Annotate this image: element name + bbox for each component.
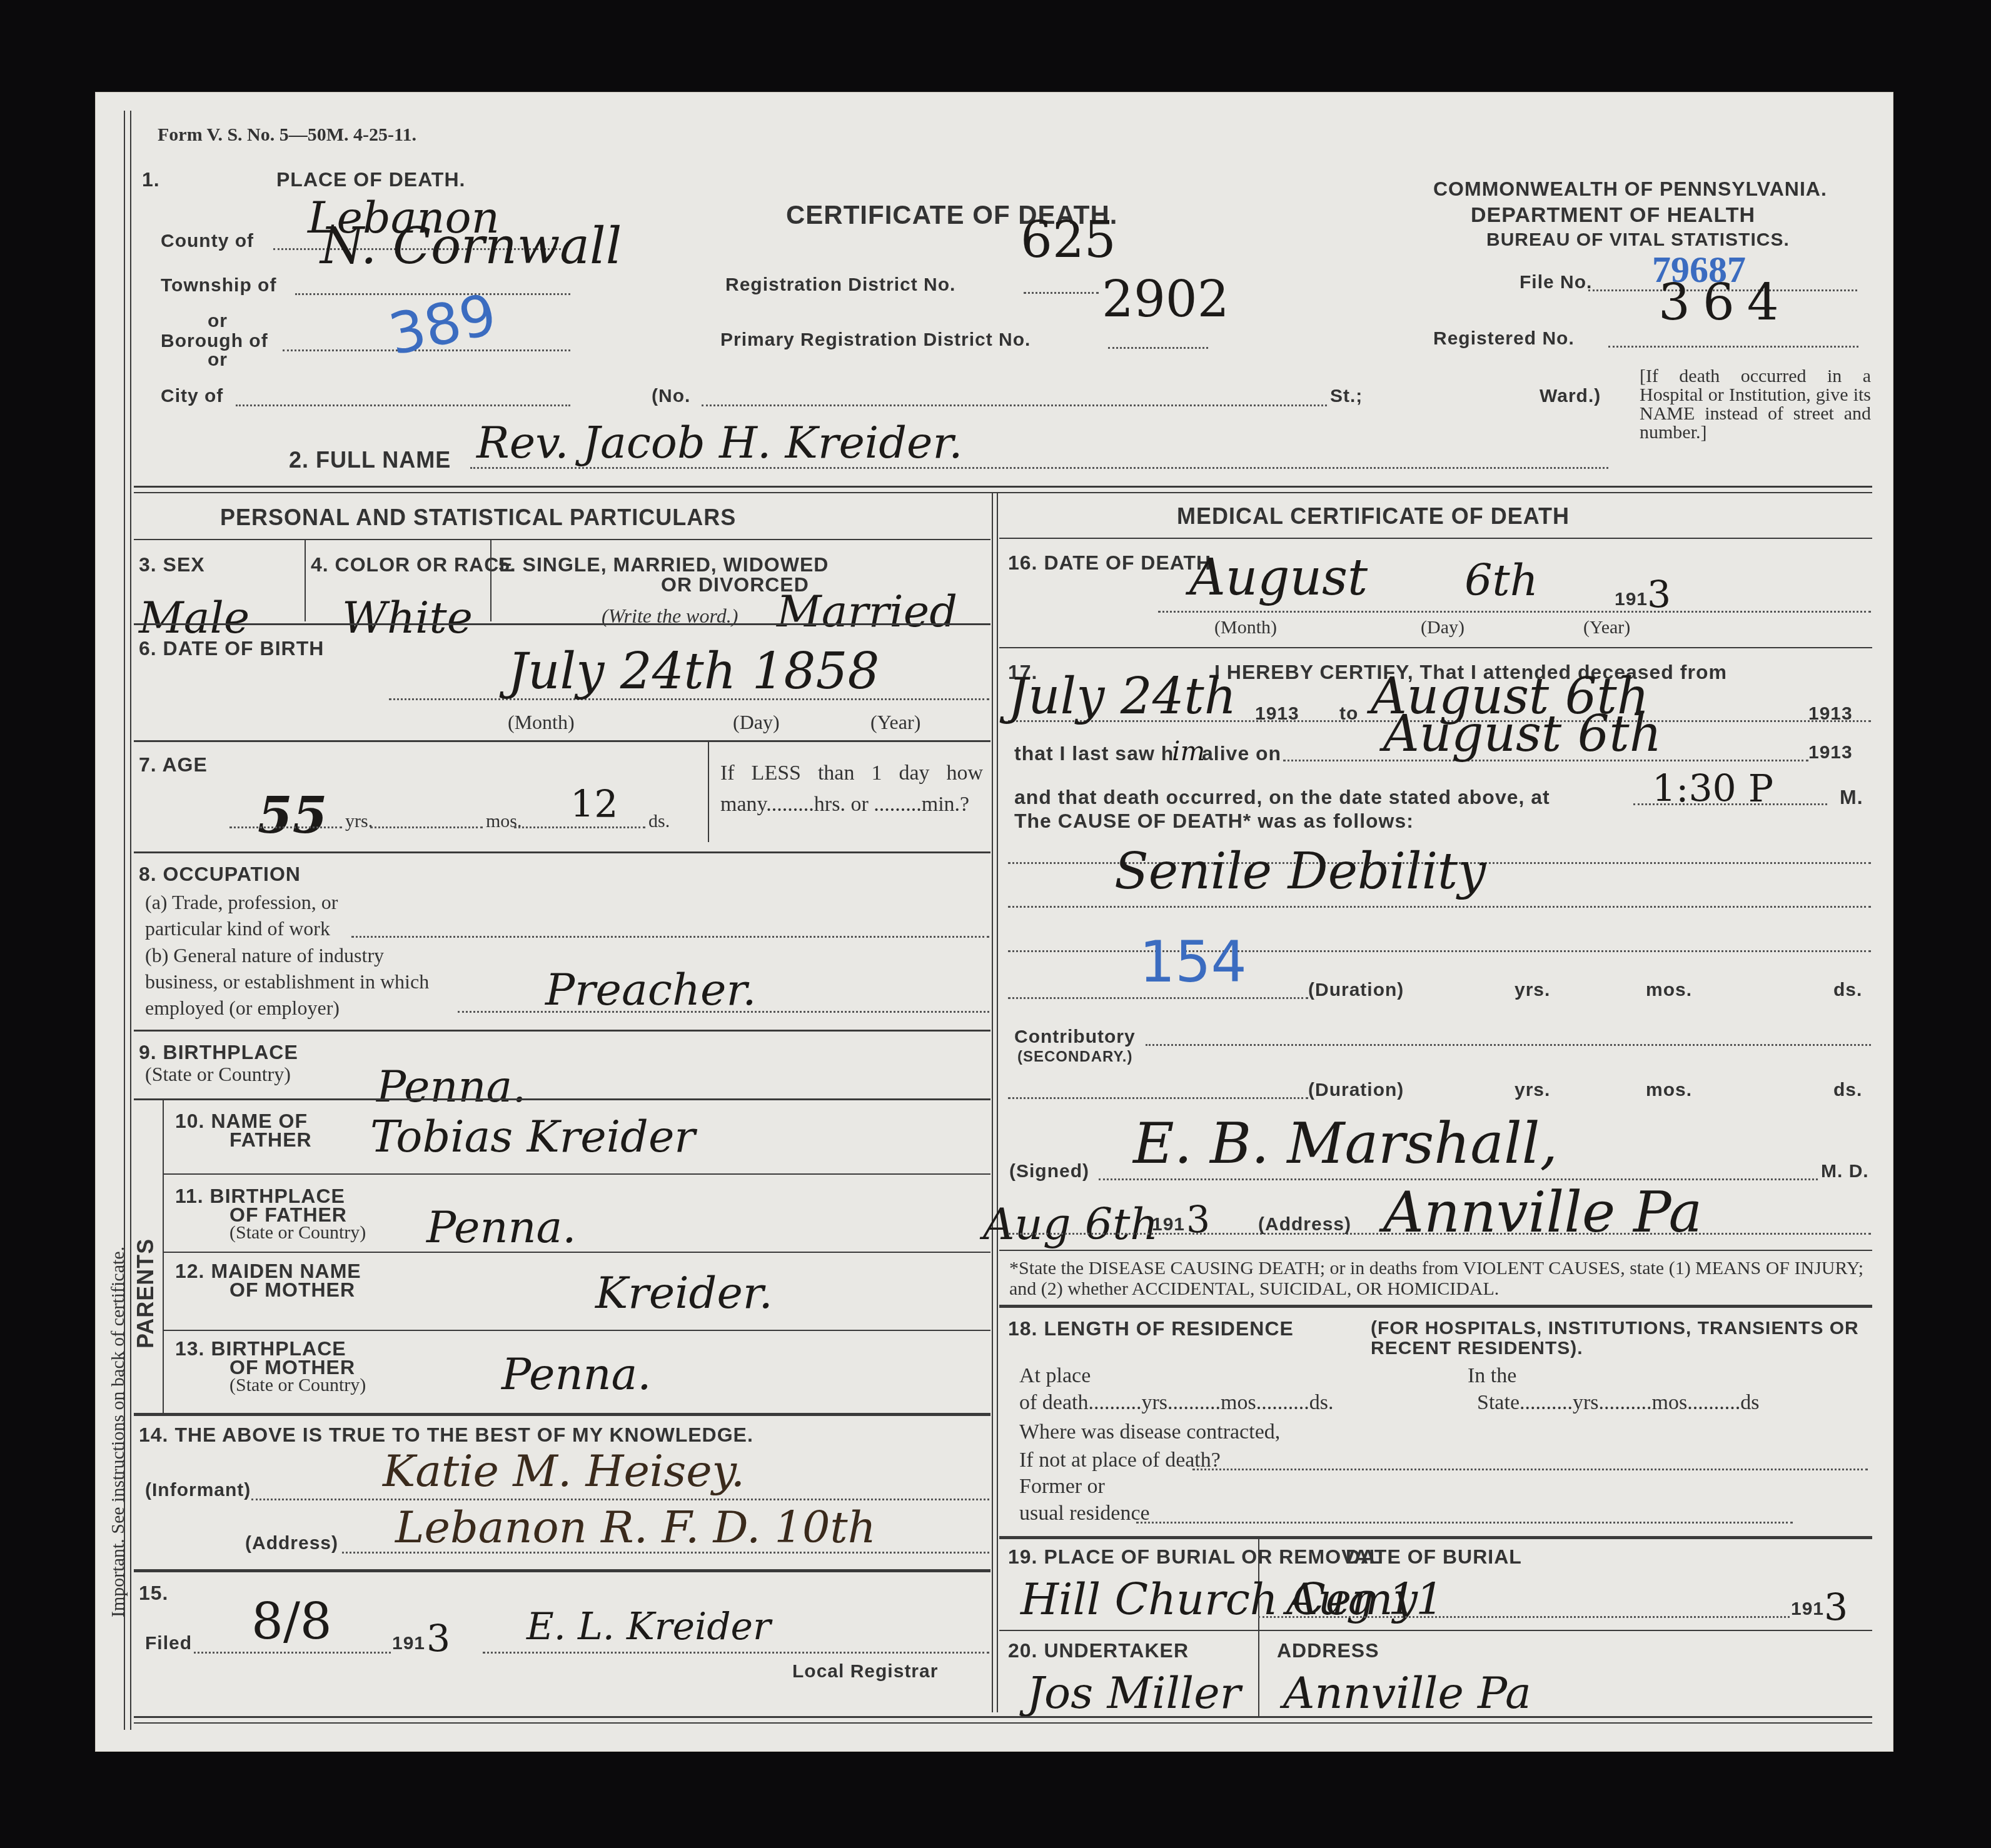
primary-district-value: 2902 (1102, 270, 1229, 328)
signed-value: E. B. Marshall, (1133, 1111, 1558, 1177)
father-name-label-2: FATHER (229, 1128, 312, 1152)
former-residence-label: Former or (1019, 1475, 1105, 1499)
at-place-fields: of death..........yrs..........mos......… (1019, 1391, 1333, 1415)
father-birthplace-value: Penna. (426, 1202, 577, 1253)
age-ds-label: ds. (648, 811, 670, 832)
authority-line-3: BUREAU OF VITAL STATISTICS. (1486, 229, 1790, 251)
age-label: 7. AGE (139, 753, 208, 776)
registration-district-value: 625 (1021, 211, 1116, 269)
informant-label: (Informant) (145, 1480, 251, 1501)
mother-birthplace-hint: (State or Country) (229, 1375, 366, 1396)
city-label: City of (161, 386, 223, 407)
usual-residence-label: usual residence (1019, 1502, 1150, 1525)
authority-line-2: DEPARTMENT OF HEALTH (1471, 203, 1755, 228)
duration-ds: ds. (1833, 980, 1862, 1001)
township-label: Township of (161, 275, 276, 296)
dob-day-hint: (Day) (733, 711, 780, 734)
full-name-value: Rev. Jacob H. Kreider. (476, 417, 962, 468)
section-1-number: 1. (142, 168, 160, 191)
contributory-label: Contributory (1014, 1027, 1136, 1048)
occupation-b: (b) General nature of industry business,… (145, 942, 458, 1021)
father-birthplace-hint: (State or Country) (229, 1222, 366, 1243)
informant-value: Katie M. Heisey. (383, 1445, 745, 1497)
to-label: to (1339, 703, 1358, 725)
cause-value: Senile Debility (1114, 842, 1486, 900)
registrar-label: Local Registrar (792, 1661, 938, 1682)
last-saw-prefix: that I last saw h (1014, 742, 1174, 765)
attended-from-year: 1913 (1255, 703, 1299, 725)
mother-name-value: Kreider. (595, 1267, 773, 1318)
duration-label-2: (Duration) (1308, 1080, 1404, 1101)
township-value: N. Cornwall (320, 217, 622, 275)
dod-day-hint: (Day) (1421, 617, 1464, 638)
registered-no-value: 364 (1658, 273, 1792, 331)
side-note: Important. See instructions on back of c… (108, 1247, 129, 1617)
form-number: Form V. S. No. 5—50M. 4-25-11. (158, 124, 416, 146)
attended-to-year: 1913 (1808, 703, 1853, 725)
signed-year-suffix: 3 (1186, 1198, 1210, 1242)
dob-label: 6. DATE OF BIRTH (139, 637, 324, 660)
not-at-place-label: If not at place of death? (1019, 1449, 1221, 1472)
birthplace-label: 9. BIRTHPLACE (139, 1041, 298, 1064)
sex-label: 3. SEX (139, 553, 205, 576)
hospital-note: [If death occurred in a Hospital or Inst… (1640, 367, 1871, 442)
duration-mos-2: mos. (1646, 1080, 1692, 1101)
or-label: or (208, 349, 228, 371)
md-label: M. D. (1821, 1161, 1869, 1182)
in-state-fields: State..........yrs..........mos.........… (1477, 1391, 1759, 1415)
dod-year-hint: (Year) (1583, 617, 1630, 638)
dod-day-value: 6th (1464, 555, 1538, 606)
father-name-value: Tobias Kreider (370, 1111, 695, 1162)
last-saw-date: August 6th (1383, 705, 1661, 763)
burial-year-suffix: 3 (1824, 1586, 1848, 1630)
secondary-label: (SECONDARY.) (1017, 1048, 1132, 1066)
last-saw-suffix: alive on (1202, 742, 1281, 765)
dod-year-suffix: 3 (1647, 573, 1671, 617)
at-place-label: At place (1019, 1364, 1091, 1388)
dob-month-hint: (Month) (508, 711, 575, 734)
personal-heading: PERSONAL AND STATISTICAL PARTICULARS (220, 505, 736, 531)
death-time-value: 1:30 P (1652, 767, 1773, 811)
race-label: 4. COLOR OR RACE (311, 553, 513, 576)
filed-label: Filed (145, 1633, 192, 1654)
last-saw-fill: im (1172, 736, 1205, 766)
undertaker-address-label: ADDRESS (1277, 1639, 1379, 1662)
file-no-label: File No. (1520, 272, 1592, 293)
occupation-a: (a) Trade, profession, or particular kin… (145, 889, 351, 942)
mother-birthplace-value: Penna. (502, 1348, 652, 1400)
duration-ds-2: ds. (1833, 1080, 1862, 1101)
occupation-value: Preacher. (545, 964, 756, 1015)
dob-value: July 24th 1858 (508, 642, 879, 700)
medical-heading: MEDICAL CERTIFICATE OF DEATH (1177, 503, 1570, 530)
dod-month-value: August (1189, 548, 1368, 606)
filed-date-value: 8/8 (251, 1592, 332, 1650)
age-days-value: 12 (570, 783, 618, 826)
residence-note: (FOR HOSPITALS, INSTITUTIONS, TRANSIENTS… (1371, 1318, 1871, 1358)
in-state-label: In the (1468, 1364, 1516, 1388)
registrar-signature: E. L. Kreider (527, 1605, 771, 1649)
registered-no-label: Registered No. (1433, 328, 1575, 349)
signed-year-prefix: 191 (1152, 1214, 1185, 1235)
column-divider (992, 493, 993, 1712)
county-label: County of (161, 231, 254, 252)
filed-year-suffix: 3 (426, 1617, 450, 1661)
death-time-m: M. (1840, 786, 1863, 809)
signed-date: Aug 6th (983, 1198, 1158, 1250)
section-15-number: 15. (139, 1582, 168, 1605)
less-than-day-note: If LESS than 1 day how many.........hrs.… (720, 758, 983, 820)
filed-year-prefix: 191 (392, 1633, 425, 1654)
race-value: White (342, 592, 473, 643)
birthplace-value: Penna. (376, 1061, 527, 1112)
blue-cause-code: 154 (1139, 930, 1247, 995)
burial-year-prefix: 191 (1791, 1599, 1824, 1620)
street-label: St.; (1330, 386, 1363, 407)
last-saw-year: 1913 (1808, 742, 1853, 763)
occupation-label: 8. OCCUPATION (139, 863, 301, 886)
place-of-death-heading: PLACE OF DEATH. (276, 168, 465, 191)
birthplace-hint: (State or Country) (145, 1063, 291, 1086)
sex-value: Male (139, 592, 250, 643)
mother-name-label-2: OF MOTHER (229, 1278, 355, 1302)
authority-line-1: COMMONWEALTH OF PENNSYLVANIA. (1433, 178, 1827, 201)
signed-address-label: (Address) (1258, 1214, 1351, 1235)
residence-heading: 18. LENGTH OF RESIDENCE (1008, 1317, 1294, 1340)
undertaker-value: Jos Miller (1027, 1667, 1241, 1719)
age-yrs-label: yrs. (345, 811, 373, 832)
full-name-label: 2. FULL NAME (289, 447, 451, 473)
marital-value: Married (777, 586, 957, 637)
ward-label: Ward.) (1540, 386, 1601, 407)
death-certificate-paper: Important. See instructions on back of c… (95, 92, 1893, 1752)
duration-label: (Duration) (1308, 980, 1404, 1001)
where-contracted-label: Where was disease contracted, (1019, 1420, 1280, 1444)
undertaker-address-value: Annville Pa (1283, 1667, 1531, 1719)
signed-label: (Signed) (1009, 1161, 1089, 1182)
informant-address-label: (Address) (245, 1533, 338, 1554)
informant-address-value: Lebanon R. F. D. 10th (395, 1502, 876, 1553)
burial-date-label: DATE OF BURIAL (1346, 1545, 1522, 1569)
or-label: or (208, 311, 228, 332)
margin-rule (130, 111, 131, 1730)
dod-label: 16. DATE OF DEATH (1008, 551, 1211, 575)
dob-year-hint: (Year) (870, 711, 920, 734)
duration-yrs: yrs. (1515, 980, 1550, 1001)
street-no-label: (No. (652, 386, 690, 407)
duration-mos: mos. (1646, 980, 1692, 1001)
cause-label: The CAUSE OF DEATH* was as follows: (1014, 810, 1414, 833)
dod-month-hint: (Month) (1214, 617, 1277, 638)
dod-year-prefix: 191 (1615, 589, 1648, 610)
signed-address-value: Annville Pa (1383, 1180, 1702, 1245)
parents-label: PARENTS (133, 1238, 159, 1348)
informant-heading: 14. THE ABOVE IS TRUE TO THE BEST OF MY … (139, 1424, 754, 1447)
primary-district-label: Primary Registration District No. (720, 329, 1031, 351)
death-time-text: and that death occurred, on the date sta… (1014, 786, 1550, 809)
age-years-value: 55 (258, 786, 327, 845)
burial-place-label: 19. PLACE OF BURIAL OR REMOVAL (1008, 1545, 1382, 1569)
undertaker-label: 20. UNDERTAKER (1008, 1639, 1189, 1662)
attended-from-value: July 24th (1008, 667, 1236, 725)
duration-yrs-2: yrs. (1515, 1080, 1550, 1101)
cause-footnote: *State the DISEASE CAUSING DEATH; or in … (1009, 1258, 1869, 1299)
age-mos-label: mos. (486, 811, 522, 832)
registration-district-label: Registration District No. (725, 274, 955, 296)
borough-label: Borough of (161, 331, 268, 352)
